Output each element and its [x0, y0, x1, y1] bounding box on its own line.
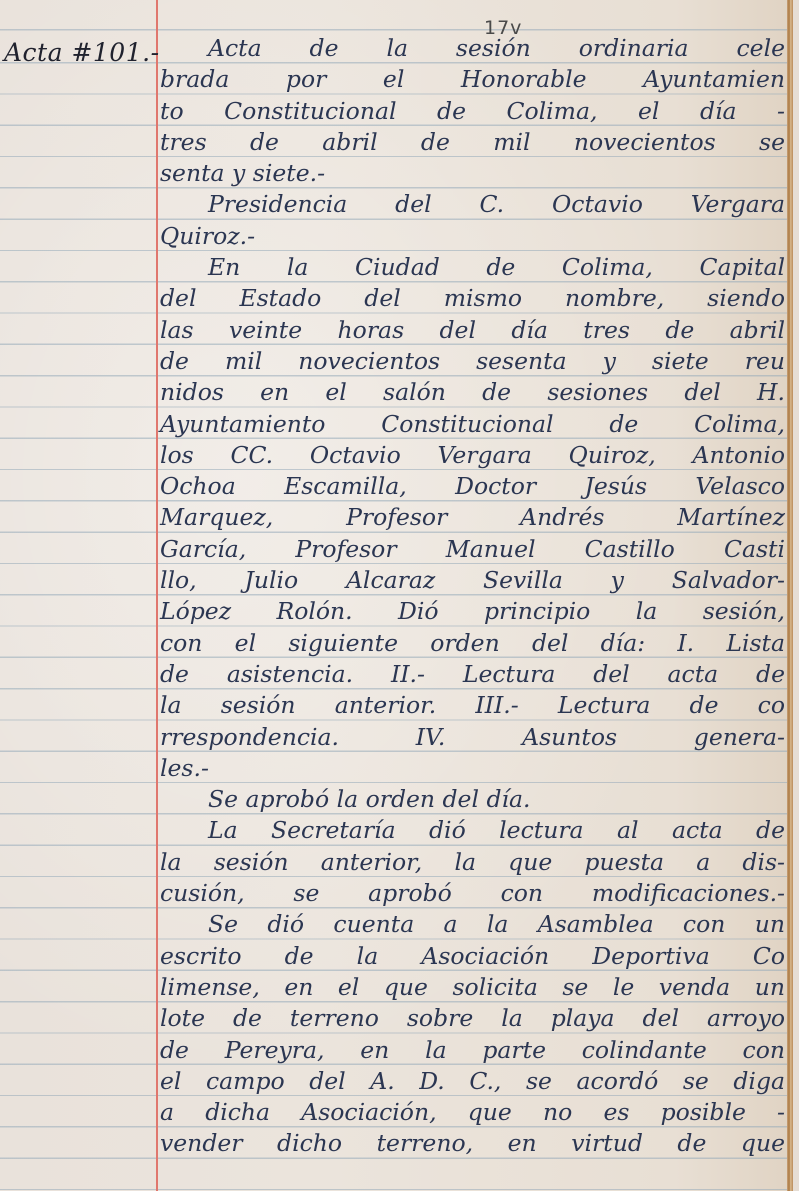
- text-line-content: La Secretaría dió lectura al acta de: [160, 815, 785, 846]
- text-line-content: llo, Julio Alcaraz Sevilla y Salvador-: [160, 565, 785, 596]
- text-line-content: Presidencia del C. Octavio Vergara: [160, 189, 785, 220]
- text-line-content: Marquez, Profesor Andrés Martínez: [160, 502, 785, 533]
- text-line-content: los CC. Octavio Vergara Quiroz, Antonio: [160, 440, 785, 471]
- text-line: de Pereyra, en la parte colindante con: [160, 1035, 785, 1066]
- text-line: a dicha Asociación, que no es posible -: [160, 1097, 785, 1128]
- text-line-content: de Pereyra, en la parte colindante con: [160, 1035, 785, 1066]
- text-line-content: de mil novecientos sesenta y siete reu: [160, 346, 785, 377]
- text-line: En la Ciudad de Colima, Capital: [160, 252, 785, 283]
- text-line: to Constitucional de Colima, el día -: [160, 96, 785, 127]
- text-line-content: García, Profesor Manuel Castillo Casti: [160, 534, 785, 565]
- text-line: rrespondencia. IV. Asuntos genera-: [160, 722, 785, 753]
- text-line-content: el campo del A. D. C., se acordó se diga: [160, 1066, 785, 1097]
- text-line: con el siguiente orden del día: I. Lista: [160, 628, 785, 659]
- text-line-content: Se aprobó la orden del día.: [160, 784, 530, 815]
- text-line-content: Ayuntamiento Constitucional de Colima,: [160, 409, 785, 440]
- ledger-page: 17v Acta #101.- Acta de la sesión ordina…: [0, 0, 793, 1191]
- text-line: cusión, se aprobó con modificaciones.-: [160, 878, 785, 909]
- text-line: López Rolón. Dió principio la sesión,: [160, 596, 785, 627]
- text-line-content: Acta de la sesión ordinaria cele: [160, 33, 785, 64]
- text-line: los CC. Octavio Vergara Quiroz, Antonio: [160, 440, 785, 471]
- text-line: nidos en el salón de sesiones del H.: [160, 377, 785, 408]
- text-line-content: del Estado del mismo nombre, siendo: [160, 283, 785, 314]
- text-line: Se aprobó la orden del día.: [160, 784, 785, 815]
- red-margin-line: [156, 0, 158, 1191]
- text-line: lote de terreno sobre la playa del arroy…: [160, 1003, 785, 1034]
- text-line: Ayuntamiento Constitucional de Colima,: [160, 409, 785, 440]
- text-line: las veinte horas del día tres de abril: [160, 315, 785, 346]
- text-line-content: con el siguiente orden del día: I. Lista: [160, 628, 785, 659]
- text-line-content: la sesión anterior. III.- Lectura de co: [160, 690, 785, 721]
- text-line-content: cusión, se aprobó con modificaciones.-: [160, 878, 785, 909]
- text-line-content: les.-: [160, 753, 209, 784]
- text-line-content: tres de abril de mil novecientos se: [160, 127, 785, 158]
- text-line: del Estado del mismo nombre, siendo: [160, 283, 785, 314]
- text-line: la sesión anterior. III.- Lectura de co: [160, 690, 785, 721]
- text-line-content: lote de terreno sobre la playa del arroy…: [160, 1003, 785, 1034]
- minutes-body: Acta de la sesión ordinaria celebrada po…: [160, 33, 785, 1160]
- text-line-content: escrito de la Asociación Deportiva Co: [160, 941, 785, 972]
- text-line: les.-: [160, 753, 785, 784]
- text-line: escrito de la Asociación Deportiva Co: [160, 941, 785, 972]
- act-number-margin-note: Acta #101.-: [4, 38, 160, 67]
- page-edge: [787, 0, 793, 1191]
- text-line-content: Quiroz.-: [160, 221, 255, 252]
- text-line: Ochoa Escamilla, Doctor Jesús Velasco: [160, 471, 785, 502]
- text-line-content: a dicha Asociación, que no es posible -: [160, 1097, 785, 1128]
- text-line: limense, en el que solicita se le venda …: [160, 972, 785, 1003]
- text-line: Acta de la sesión ordinaria cele: [160, 33, 785, 64]
- text-line: el campo del A. D. C., se acordó se diga: [160, 1066, 785, 1097]
- text-line-content: Se dió cuenta a la Asamblea con un: [160, 909, 785, 940]
- text-line-content: brada por el Honorable Ayuntamien: [160, 64, 785, 95]
- text-line: Presidencia del C. Octavio Vergara: [160, 189, 785, 220]
- text-line-content: López Rolón. Dió principio la sesión,: [160, 596, 785, 627]
- text-line-content: la sesión anterior, la que puesta a dis-: [160, 847, 785, 878]
- text-line: brada por el Honorable Ayuntamien: [160, 64, 785, 95]
- text-line: Se dió cuenta a la Asamblea con un: [160, 909, 785, 940]
- text-line-content: vender dicho terreno, en virtud de que: [160, 1128, 785, 1159]
- text-line-content: limense, en el que solicita se le venda …: [160, 972, 785, 1003]
- text-line: Marquez, Profesor Andrés Martínez: [160, 502, 785, 533]
- text-line-content: nidos en el salón de sesiones del H.: [160, 377, 785, 408]
- text-line-content: de asistencia. II.- Lectura del acta de: [160, 659, 785, 690]
- text-line-content: to Constitucional de Colima, el día -: [160, 96, 785, 127]
- text-line-content: las veinte horas del día tres de abril: [160, 315, 785, 346]
- text-line: vender dicho terreno, en virtud de que: [160, 1128, 785, 1159]
- text-line: García, Profesor Manuel Castillo Casti: [160, 534, 785, 565]
- text-line-content: rrespondencia. IV. Asuntos genera-: [160, 722, 785, 753]
- text-line: senta y siete.-: [160, 158, 785, 189]
- text-line: Quiroz.-: [160, 221, 785, 252]
- text-line: de mil novecientos sesenta y siete reu: [160, 346, 785, 377]
- text-line-content: En la Ciudad de Colima, Capital: [160, 252, 785, 283]
- text-line-content: senta y siete.-: [160, 158, 325, 189]
- text-line: de asistencia. II.- Lectura del acta de: [160, 659, 785, 690]
- text-line: La Secretaría dió lectura al acta de: [160, 815, 785, 846]
- text-line: tres de abril de mil novecientos se: [160, 127, 785, 158]
- text-line: la sesión anterior, la que puesta a dis-: [160, 847, 785, 878]
- text-line: llo, Julio Alcaraz Sevilla y Salvador-: [160, 565, 785, 596]
- text-line-content: Ochoa Escamilla, Doctor Jesús Velasco: [160, 471, 785, 502]
